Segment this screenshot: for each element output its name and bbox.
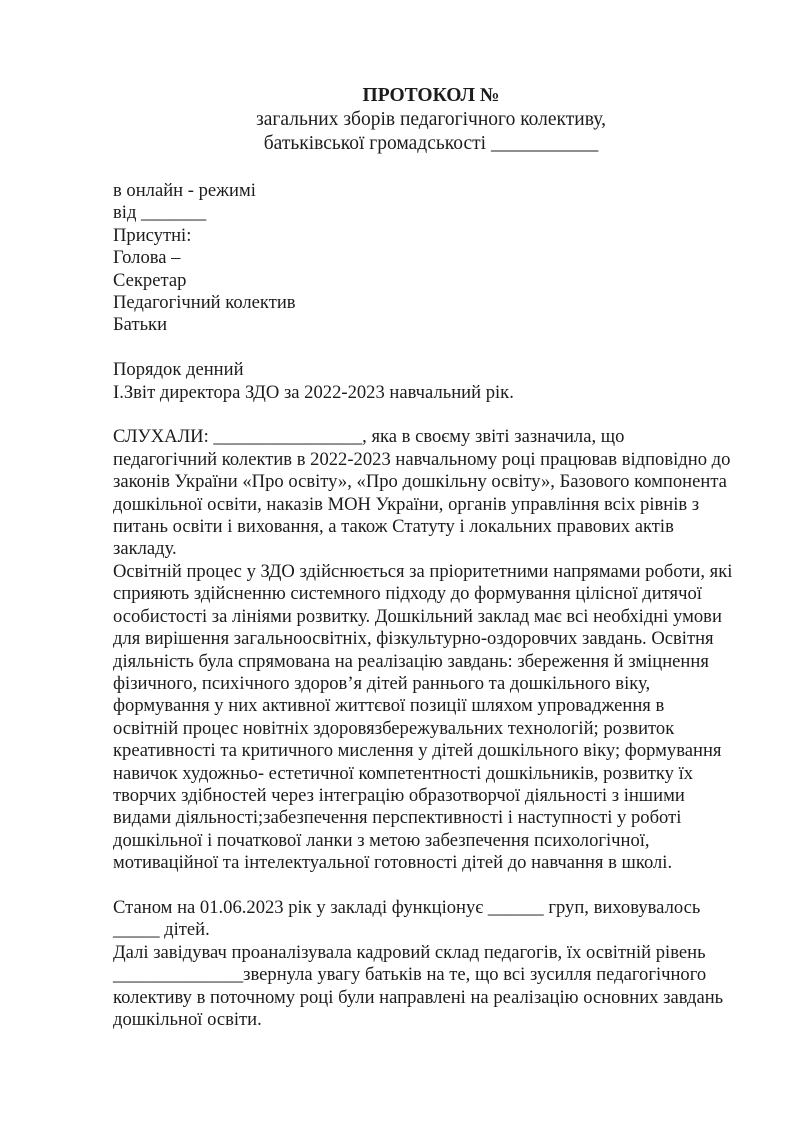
text-line: видами діяльності;забезпечення перспекти… <box>113 807 749 829</box>
text-line: фізичного, психічного здоров’я дітей ран… <box>113 673 749 695</box>
title-sub: загальних зборів педагогічного колективу… <box>113 108 749 156</box>
text-line: навичок художньо- естетичної компетентно… <box>113 763 749 785</box>
text-line: особистості за лініями розвитку. Дошкіль… <box>113 606 749 628</box>
agenda: Порядок деннийІ.Звіт директора ЗДО за 20… <box>113 359 749 404</box>
text-line: СЛУХАЛИ: ________________, яка в своєму … <box>113 426 749 448</box>
text-line: батьківської громадськості ___________ <box>113 132 749 156</box>
text-line: Порядок денний <box>113 359 749 381</box>
text-line: загальних зборів педагогічного колективу… <box>113 108 749 132</box>
text-line: Далі завідувач проаналізувала кадровий с… <box>113 942 749 964</box>
text-line: мотиваційної та інтелектуальної готовнос… <box>113 852 749 874</box>
text-line: Присутні: <box>113 225 749 247</box>
text-line: сприяють здійсненню системного підходу д… <box>113 583 749 605</box>
text-line: дошкільної і початкової ланки з метою за… <box>113 830 749 852</box>
text-line: педагогічний колектив в 2022-2023 навчал… <box>113 449 749 471</box>
text-line: _____ дітей. <box>113 919 749 941</box>
summary-paragraph: Станом на 01.06.2023 рік у закладі функц… <box>113 897 749 1031</box>
text-line: Батьки <box>113 314 749 336</box>
text-line: дошкільної освіти. <box>113 1009 749 1031</box>
text-line: Педагогічний колектив <box>113 292 749 314</box>
text-line: ______________звернула увагу батьків на … <box>113 964 749 986</box>
text-line: від _______ <box>113 202 749 224</box>
text-line: Станом на 01.06.2023 рік у закладі функц… <box>113 897 749 919</box>
report-paragraph: СЛУХАЛИ: ________________, яка в своєму … <box>113 426 749 874</box>
text-line: освітній процес новітніх здоровязбережув… <box>113 718 749 740</box>
text-line: творчих здібностей через інтеграцію обра… <box>113 785 749 807</box>
text-line: колективу в поточному році були направле… <box>113 987 749 1009</box>
text-line: діяльність була спрямована на реалізацію… <box>113 651 749 673</box>
text-line: І.Звіт директора ЗДО за 2022-2023 навчал… <box>113 382 749 404</box>
text-line: для вирішення загальноосвітніх, фізкульт… <box>113 628 749 650</box>
meeting-meta: в онлайн - режимівід _______Присутні:Гол… <box>113 180 749 337</box>
text-line: законів України «Про освіту», «Про дошкі… <box>113 471 749 493</box>
text-line: Освітній процес у ЗДО здійснюється за пр… <box>113 561 749 583</box>
text-line: ПРОТОКОЛ № <box>113 84 749 108</box>
text-line: Голова – <box>113 247 749 269</box>
text-line: формування у них активної життєвої позиц… <box>113 695 749 717</box>
text-line: дошкільної освіти, наказів МОН України, … <box>113 494 749 516</box>
text-line: в онлайн - режимі <box>113 180 749 202</box>
text-line: креативності та критичного мислення у ді… <box>113 740 749 762</box>
text-line: питань освіти і виховання, а також Стату… <box>113 516 749 538</box>
protocol-document-page: ПРОТОКОЛ №загальних зборів педагогічного… <box>0 0 794 1123</box>
text-line: закладу. <box>113 538 749 560</box>
text-line: Секретар <box>113 270 749 292</box>
title-main: ПРОТОКОЛ № <box>113 84 749 108</box>
